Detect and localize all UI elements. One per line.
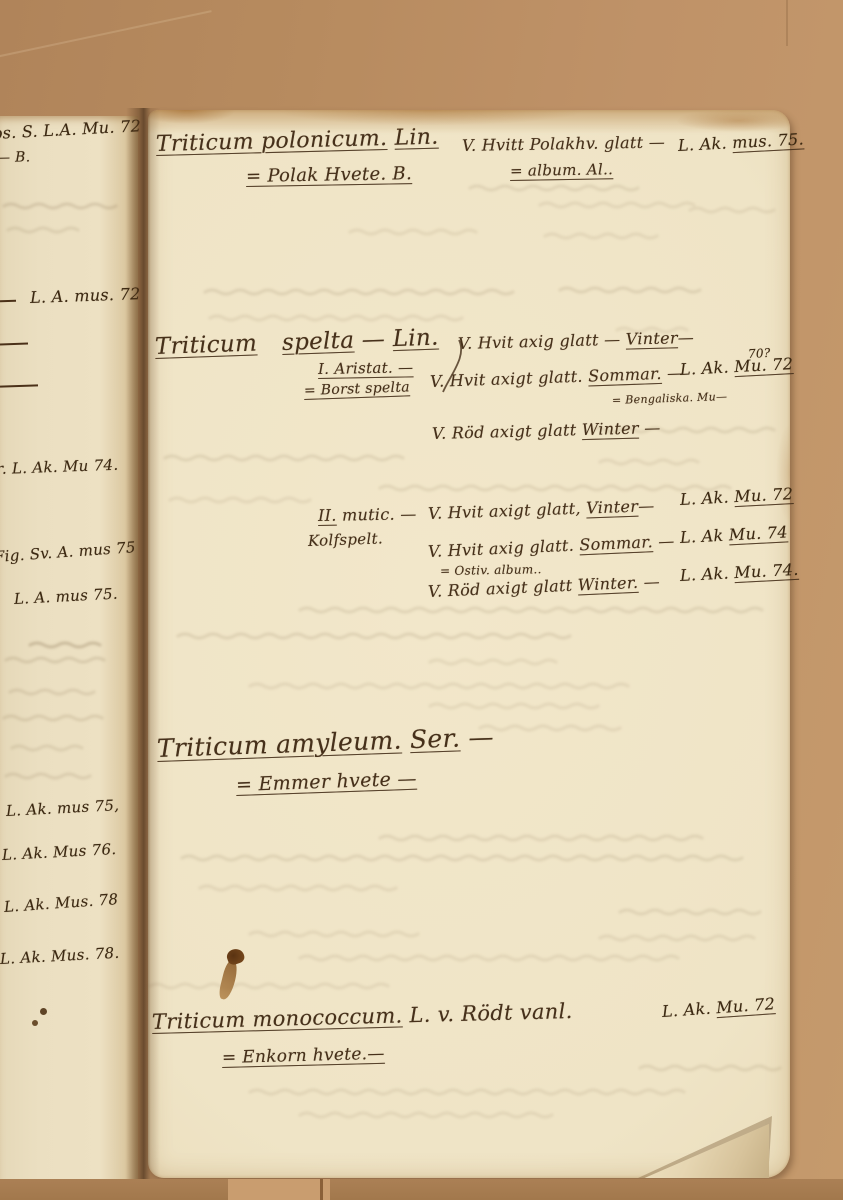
- accession-prefix: L. Ak.: [680, 357, 735, 379]
- accession-number: mus. 75.: [732, 129, 805, 152]
- accession-prefix: L. Ak.: [678, 133, 733, 155]
- group-label-mutic: II. mutic. —: [318, 504, 417, 525]
- cardboard-stand-patch: [228, 1179, 330, 1200]
- notebook-photo: ps. S. L.A. Mu. 72 — B. L. A. mus. 72 r.…: [0, 0, 843, 1200]
- species-authority: Lin.: [392, 325, 439, 353]
- accession-number: Mu. 72: [734, 484, 794, 506]
- season-word: Winter: [582, 419, 639, 439]
- group-numeral: II.: [318, 506, 337, 525]
- variety-line: V. Hvitt Polakhv. glatt —: [462, 132, 665, 155]
- accession-prefix: L. Ak.: [680, 563, 735, 585]
- season-word: Vinter: [625, 328, 678, 348]
- species-authority: Lin.: [394, 125, 439, 151]
- season-word: Vinter: [586, 497, 639, 518]
- ink-speck: [40, 1008, 47, 1015]
- ink-speck: [32, 1020, 38, 1026]
- accession-prefix: L. Ak.: [661, 998, 717, 1021]
- accession-prefix: L. Ak.: [680, 487, 735, 509]
- left-fragment-initial: — B.: [0, 149, 31, 166]
- genus-name-spelta: Triticum: [155, 330, 258, 360]
- cardboard-crease-line: [786, 0, 788, 46]
- season-word: Sommar.: [588, 364, 662, 386]
- accession-prefix: L. Ak: [680, 525, 730, 547]
- left-page-edge: [0, 116, 138, 1200]
- accession-number: Mu. 72: [734, 354, 794, 376]
- variety-synonym-label: = Ostiv. album..: [440, 562, 542, 578]
- cardboard-crease-highlight: [0, 10, 212, 60]
- cardboard-stand-edge: [320, 1179, 323, 1200]
- variety-synonym-label: = album. Al..: [510, 160, 613, 180]
- group-label-aristat: I. Aristat. —: [318, 358, 414, 378]
- synonym-label: = Polak Hvete. B.: [246, 163, 412, 187]
- species-authority: Ser.: [409, 723, 460, 754]
- bottom-cardboard-strip: [0, 1179, 843, 1200]
- accession-number: Mu. 74.: [734, 560, 799, 582]
- species-name: spelta: [282, 327, 355, 356]
- season-word: Sommar.: [579, 532, 653, 554]
- synonym-label: = Enkorn hvete.—: [222, 1044, 385, 1068]
- synonym-label: Kolfspelt.: [308, 529, 384, 550]
- accession-number: Mu. 74: [728, 522, 788, 544]
- season-word: Winter.: [577, 573, 638, 595]
- left-fragment-accession: L. A. mus. 72: [30, 284, 141, 307]
- species-heading-spelta: spelta — Lin.: [282, 325, 440, 356]
